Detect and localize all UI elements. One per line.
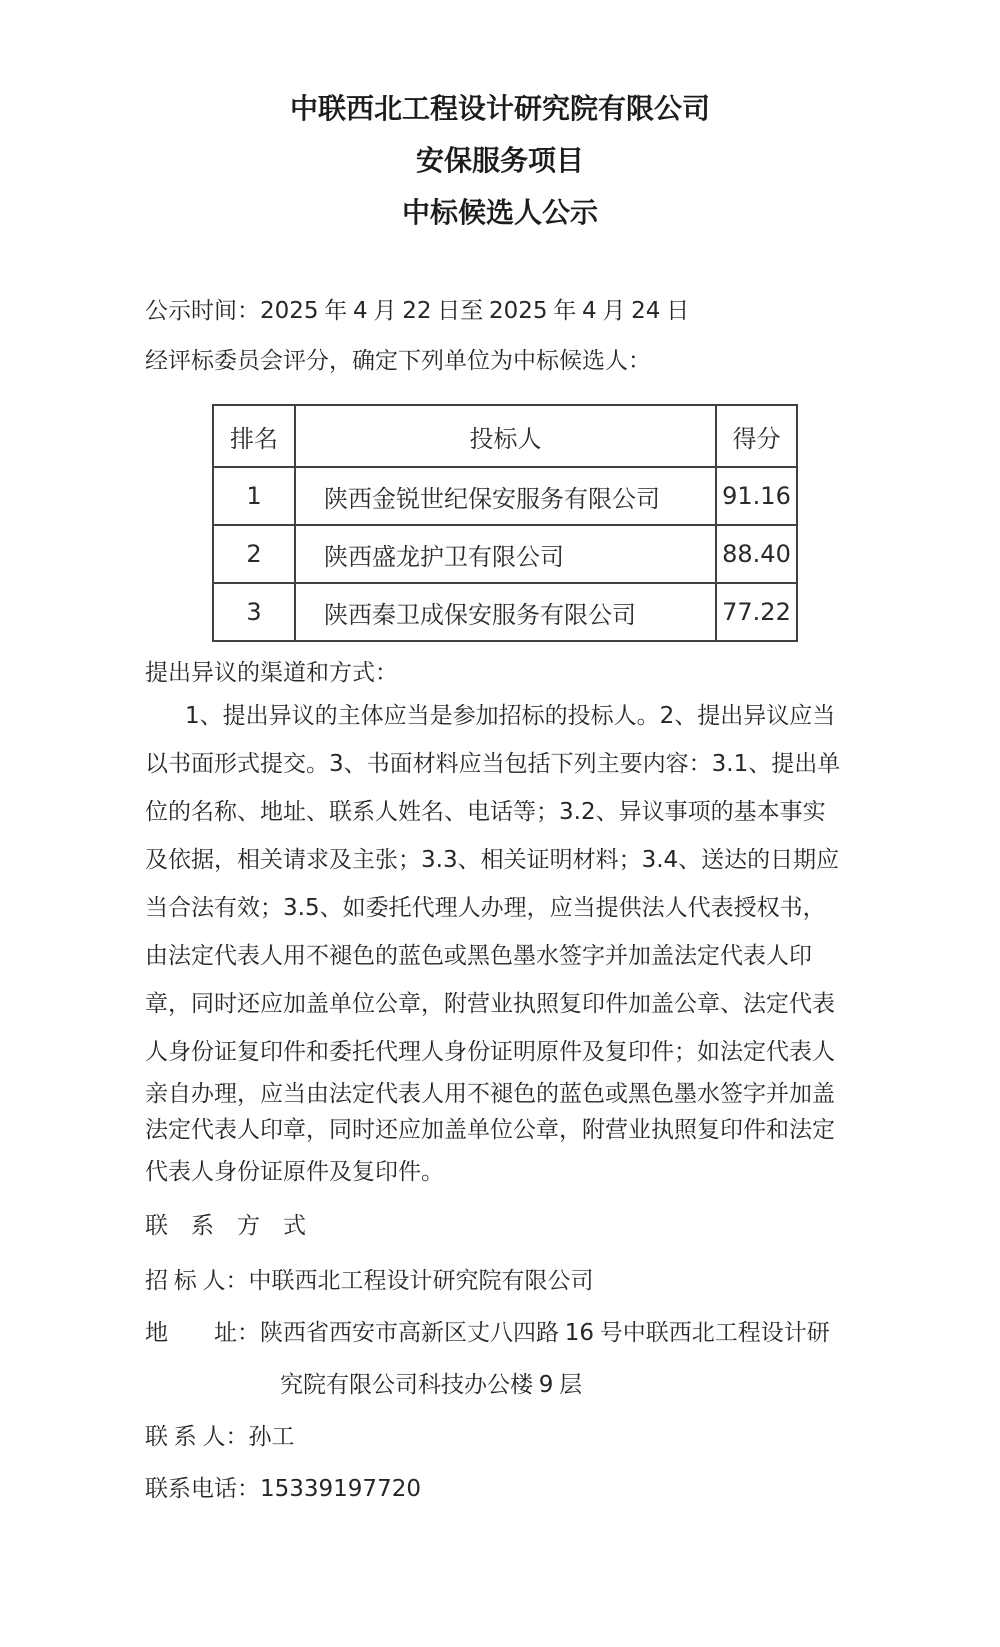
- title-company-name: 中联西北工程设计研究院有限公司: [0, 84, 1000, 136]
- contact-label: 联 系 人：: [145, 1424, 249, 1449]
- contact-row: 地 址：陕西省西安市高新区丈八四路 16 号中联西北工程设计研究院有限公司科技办…: [145, 1316, 1000, 1402]
- objection-paragraph-line: 章，同时还应加盖单位公章，附营业执照复印件加盖公章、法定代表: [145, 980, 985, 1028]
- objection-paragraph-line: 由法定代表人用不褪色的蓝色或黑色墨水签字并加盖法定代表人印: [145, 932, 985, 980]
- numeric-text: 22: [402, 298, 431, 324]
- contact-row: 联 系 人：孙工: [145, 1420, 1000, 1454]
- contact-label: 招 标 人：: [145, 1268, 249, 1293]
- numeric-text: 2: [660, 703, 675, 729]
- numeric-text: 9: [539, 1372, 554, 1398]
- contact-value: 孙工: [249, 1424, 295, 1449]
- contact-value: 中联西北工程设计研究院有限公司: [249, 1268, 594, 1293]
- bid-table-head: 排名 投标人 得分: [213, 405, 797, 467]
- numeric-text: 1: [246, 482, 261, 510]
- numeric-text: 1: [185, 703, 200, 729]
- objection-heading: 提出异议的渠道和方式：: [145, 656, 1000, 690]
- objection-paragraph-line: 当合法有效；3.5、如委托代理人办理，应当提供法人代表授权书，: [145, 884, 985, 932]
- numeric-text: 3: [246, 598, 261, 626]
- contact-label: 地 址：: [145, 1320, 260, 1345]
- publicity-period: 公示时间：2025 年 4 月 22 日至 2025 年 4 月 24 日: [145, 294, 1000, 328]
- bid-table-row: 3 陕西秦卫成保安服务有限公司 77.22: [213, 583, 797, 641]
- document-page: 中联西北工程设计研究院有限公司 安保服务项目 中标候选人公示 公示时间：2025…: [0, 0, 1000, 1647]
- contact-section-heading: 联 系 方 式: [145, 1208, 1000, 1244]
- objection-paragraph-line: 及依据，相关请求及主张；3.3、相关证明材料；3.4、送达的日期应: [145, 836, 985, 884]
- header-bidder: 投标人: [295, 405, 716, 467]
- objection-paragraph-line: 人身份证复印件和委托代理人身份证明原件及复印件；如法定代表人: [145, 1028, 985, 1076]
- bidder-cell: 陕西盛龙护卫有限公司: [295, 525, 716, 583]
- numeric-text: 16: [565, 1320, 594, 1346]
- numeric-text: 3.3: [421, 847, 458, 873]
- objection-paragraph-line: 1、提出异议的主体应当是参加招标的投标人。2、提出异议应当: [145, 692, 985, 740]
- score-cell: 77.22: [716, 583, 797, 641]
- numeric-text: 2: [246, 540, 261, 568]
- numeric-text: 91.16: [722, 482, 791, 510]
- objection-paragraph-line: 位的名称、地址、联系人姓名、电话等；3.2、异议事项的基本事实: [145, 788, 985, 836]
- contact-list: 招 标 人：中联西北工程设计研究院有限公司 地 址：陕西省西安市高新区丈八四路 …: [145, 1264, 1000, 1506]
- document-title: 中联西北工程设计研究院有限公司 安保服务项目 中标候选人公示: [0, 0, 1000, 240]
- score-cell: 91.16: [716, 467, 797, 525]
- bid-table-row: 1 陕西金锐世纪保安服务有限公司 91.16: [213, 467, 797, 525]
- numeric-text: 88.40: [722, 540, 791, 568]
- numeric-text: 3.1: [712, 751, 749, 777]
- bid-candidates-table: 排名 投标人 得分 1 陕西金锐世纪保安服务有限公司 91.16 2 陕西盛龙护…: [212, 404, 798, 642]
- numeric-text: 2025: [260, 298, 319, 324]
- bid-table-header-row: 排名 投标人 得分: [213, 405, 797, 467]
- numeric-text: 3: [329, 751, 344, 777]
- objection-paragraph: 1、提出异议的主体应当是参加招标的投标人。2、提出异议应当 以书面形式提交。3、…: [145, 692, 985, 1196]
- rank-cell: 2: [213, 525, 295, 583]
- numeric-text: 4: [353, 298, 368, 324]
- objection-paragraph-line: 以书面形式提交。3、书面材料应当包括下列主要内容：3.1、提出单: [145, 740, 985, 788]
- bidder-cell: 陕西秦卫成保安服务有限公司: [295, 583, 716, 641]
- intro-statement: 经评标委员会评分，确定下列单位为中标候选人：: [145, 344, 1000, 378]
- score-cell: 88.40: [716, 525, 797, 583]
- numeric-text: 3.4: [642, 847, 679, 873]
- contact-value: 陕西省西安市高新区丈八四路 16 号中联西北工程设计研: [260, 1320, 830, 1345]
- numeric-text: 3.5: [283, 895, 320, 921]
- contact-value-line2: 究院有限公司科技办公楼 9 层: [280, 1368, 1000, 1402]
- objection-paragraph-line: 代表人身份证原件及复印件。: [145, 1148, 985, 1196]
- numeric-text: 4: [582, 298, 597, 324]
- objection-paragraph-line: 亲自办理，应当由法定代表人用不褪色的蓝色或黑色墨水签字并加盖: [145, 1076, 985, 1112]
- numeric-text: 3.2: [559, 799, 596, 825]
- bid-table-body: 1 陕西金锐世纪保安服务有限公司 91.16 2 陕西盛龙护卫有限公司 88.4…: [213, 467, 797, 641]
- contact-value-extra-lines: 究院有限公司科技办公楼 9 层: [145, 1368, 1000, 1402]
- contact-label: 联系电话：: [145, 1476, 260, 1501]
- numeric-text: 24: [631, 298, 660, 324]
- contact-row: 招 标 人：中联西北工程设计研究院有限公司: [145, 1264, 1000, 1298]
- contact-row: 联系电话：15339197720: [145, 1472, 1000, 1506]
- objection-paragraph-line: 法定代表人印章，同时还应加盖单位公章，附营业执照复印件和法定: [145, 1112, 985, 1148]
- rank-cell: 3: [213, 583, 295, 641]
- numeric-text: 77.22: [722, 598, 791, 626]
- rank-cell: 1: [213, 467, 295, 525]
- bid-table-row: 2 陕西盛龙护卫有限公司 88.40: [213, 525, 797, 583]
- header-score: 得分: [716, 405, 797, 467]
- numeric-text: 2025: [489, 298, 548, 324]
- contact-value: 15339197720: [260, 1476, 421, 1501]
- numeric-text: 15339197720: [260, 1476, 421, 1502]
- header-rank: 排名: [213, 405, 295, 467]
- title-project-name: 安保服务项目: [0, 136, 1000, 188]
- title-announcement-type: 中标候选人公示: [0, 188, 1000, 240]
- bidder-cell: 陕西金锐世纪保安服务有限公司: [295, 467, 716, 525]
